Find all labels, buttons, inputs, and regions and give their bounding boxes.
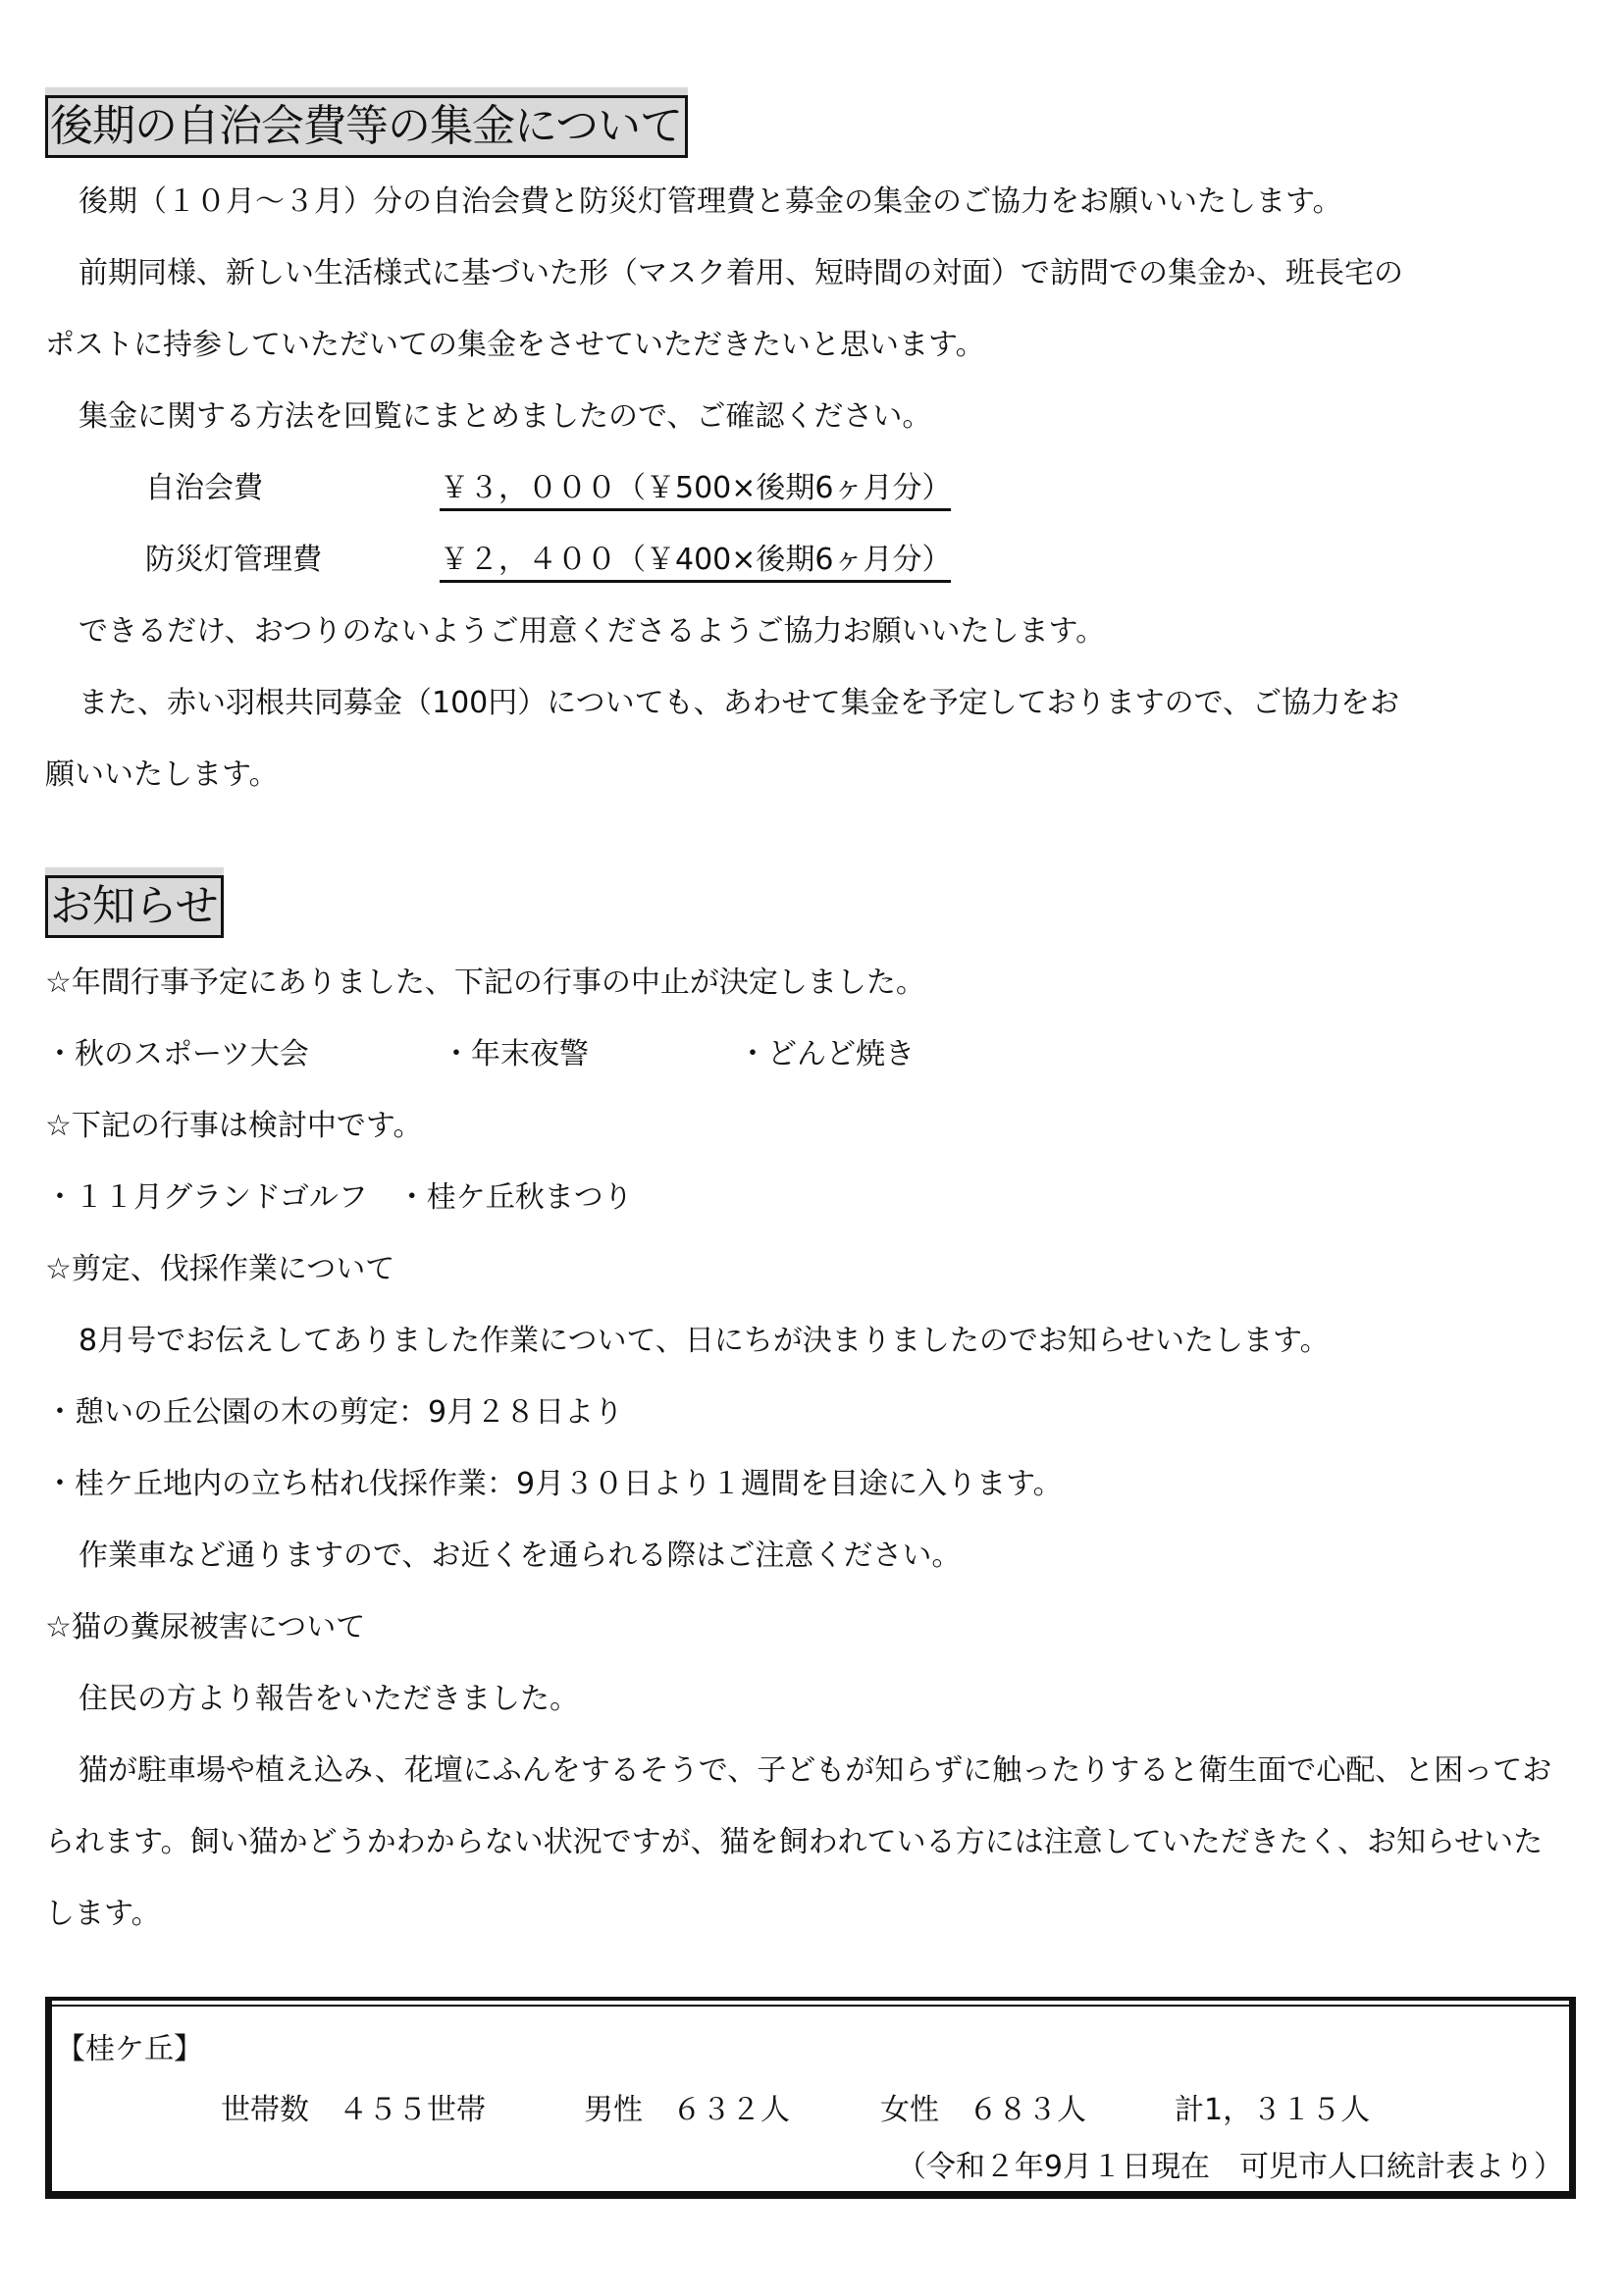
collection-heading: 後期の自治会費等の集金について	[45, 95, 688, 158]
population-title: 【桂ケ丘】	[56, 2030, 203, 2069]
collection-paragraph: 後期（１０月～３月）分の自治会費と防災灯管理費と募金の集金のご協力をお願いいたし…	[79, 183, 1342, 222]
pruning-line: 8月号でお伝えしてありました作業について、日にちが決まりましたのでお知らせいたし…	[79, 1322, 1330, 1361]
pruning-line: ・憩いの丘公園の木の剪定：9月２８日より	[45, 1393, 623, 1433]
fee-label-bousaitou: 防災灯管理費	[145, 541, 322, 580]
stat-male: 男性 ６３２人	[584, 2091, 880, 2130]
collection-heading-block: 後期の自治会費等の集金について	[45, 87, 688, 158]
cancelled-event: ・年末夜警	[442, 1035, 589, 1074]
collection-paragraph: 集金に関する方法を回覧にまとめましたので、ご確認ください。	[79, 397, 931, 437]
closing-paragraph: できるだけ、おつりのないようご用意くださるようご協力お願いいたします。	[79, 612, 1105, 652]
box-inner-rule	[52, 2005, 1569, 2007]
pending-intro: ☆下記の行事は検討中です。	[45, 1107, 423, 1146]
pruning-line: ・桂ケ丘地内の立ち枯れ伐採作業：9月３０日より１週間を目途に入ります。	[45, 1465, 1063, 1504]
fee-label-jichikai: 自治会費	[145, 469, 263, 508]
closing-paragraph: 願いいたします。	[45, 756, 279, 795]
cat-line: られます。飼い猫かどうかわからない状況ですが、猫を飼われている方には注意していた…	[45, 1823, 1543, 1862]
cancelled-event: ・どんど焼き	[738, 1035, 915, 1074]
cat-title: ☆猫の糞尿被害について	[45, 1608, 365, 1647]
fee-value-jichikai: ￥３，０００（￥500×後期6ヶ月分）	[440, 469, 951, 511]
pruning-line: 作業車など通りますので、お近くを通られる際はご注意ください。	[79, 1537, 961, 1576]
collection-paragraph: ポストに持参していただいての集金をさせていただきたいと思います。	[45, 326, 985, 365]
pending-events: ・１１月グランドゴルフ ・桂ケ丘秋まつり	[45, 1178, 633, 1218]
population-stats: 世帯数 ４５５世帯 男性 ６３２人 女性 ６８３人 計1，３１５人	[221, 2091, 1370, 2130]
fee-value-bousaitou: ￥２，４００（￥400×後期6ヶ月分）	[440, 541, 951, 583]
cat-line: 猫が駐車場や植え込み、花壇にふんをするそうで、子どもが知らずに触ったりすると衛生…	[79, 1751, 1551, 1791]
population-source: （令和２年9月１日現在 可児市人口統計表より）	[897, 2148, 1563, 2187]
stat-total: 計1，３１５人	[1175, 2091, 1370, 2130]
cat-line: 住民の方より報告をいただきました。	[79, 1680, 579, 1719]
cancelled-event: ・秋のスポーツ大会	[45, 1035, 309, 1074]
notices-heading-block: お知らせ	[45, 867, 224, 938]
stat-households: 世帯数 ４５５世帯	[221, 2091, 584, 2130]
cat-line: します。	[45, 1895, 161, 1934]
notices-heading: お知らせ	[45, 875, 224, 938]
stat-female: 女性 ６８３人	[880, 2091, 1175, 2130]
pruning-title: ☆剪定、伐採作業について	[45, 1250, 394, 1289]
cancelled-intro: ☆年間行事予定にありました、下記の行事の中止が決定しました。	[45, 964, 925, 1003]
closing-paragraph: また、赤い羽根共同募金（100円）についても、あわせて集金を予定しておりますので…	[79, 684, 1399, 723]
population-box: 【桂ケ丘】 世帯数 ４５５世帯 男性 ６３２人 女性 ６８３人 計1，３１５人 …	[45, 1997, 1576, 2199]
newsletter-page: 後期の自治会費等の集金について 後期（１０月～３月）分の自治会費と防災灯管理費と…	[0, 0, 1624, 2296]
collection-paragraph: 前期同様、新しい生活様式に基づいた形（マスク着用、短時間の対面）で訪問での集金か…	[79, 254, 1403, 293]
